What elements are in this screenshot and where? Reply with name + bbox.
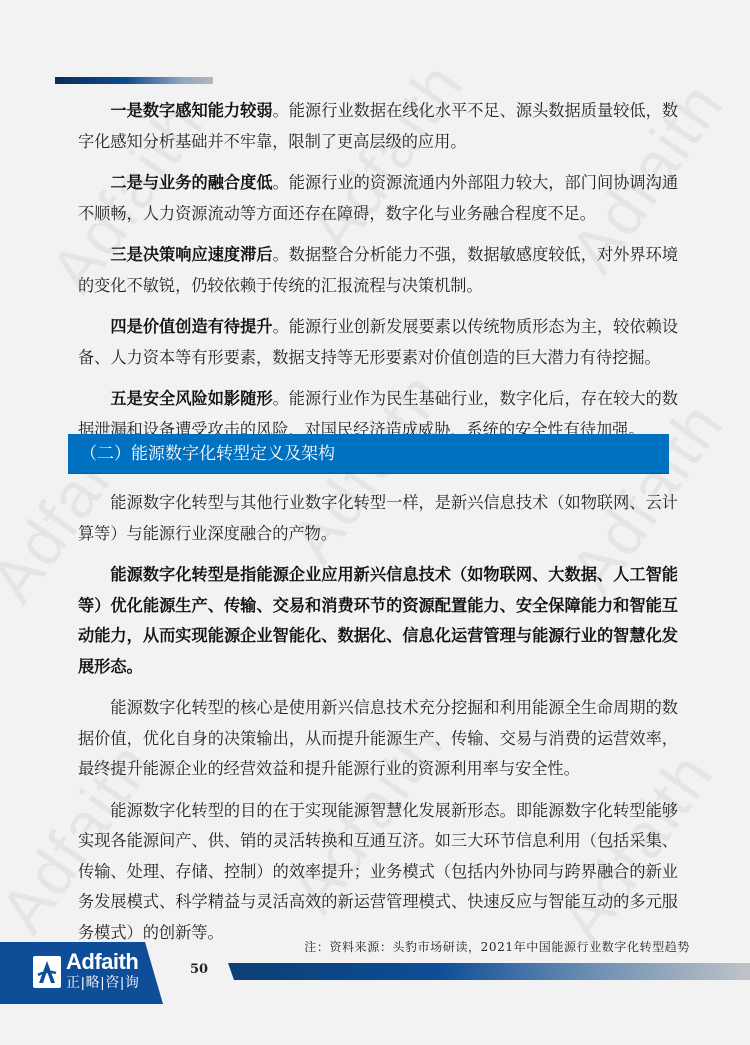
paragraph-weakness-3: 三是决策响应速度滞后。数据整合分析能力不强，数据敏感度较低，对外界环境的变化不敏… bbox=[78, 240, 678, 301]
footer-accent-bar bbox=[228, 963, 750, 980]
adfaith-logo-icon bbox=[33, 956, 61, 988]
paragraph-lead: 三是决策响应速度滞后 bbox=[110, 245, 272, 264]
paragraph-lead: 一是数字感知能力较弱 bbox=[110, 101, 272, 120]
paragraph-definition-intro: 能源数字化转型与其他行业数字化转型一样，是新兴信息技术（如物联网、云计算等）与能… bbox=[78, 488, 678, 549]
paragraph-lead: 四是价值创造有待提升 bbox=[110, 317, 272, 336]
paragraph-weakness-1: 一是数字感知能力较弱。能源行业数据在线化水平不足、源头数据质量较低，数字化感知分… bbox=[78, 96, 678, 157]
body-top: 一是数字感知能力较弱。能源行业数据在线化水平不足、源头数据质量较低，数字化感知分… bbox=[78, 96, 678, 456]
paragraph-core: 能源数字化转型的核心是使用新兴信息技术充分挖掘和利用能源全生命周期的数据价值，优… bbox=[78, 693, 678, 785]
paragraph-definition: 能源数字化转型是指能源企业应用新兴信息技术（如物联网、大数据、人工智能等）优化能… bbox=[78, 560, 678, 682]
source-note: 注：资料来源：头豹市场研读，2021年中国能源行业数字化转型趋势 bbox=[300, 938, 690, 955]
page-number: 50 bbox=[190, 962, 208, 977]
section-title: （二）能源数字化转型定义及架构 bbox=[80, 444, 335, 464]
logo-english: Adfaith bbox=[66, 951, 140, 973]
body-bottom: 能源数字化转型与其他行业数字化转型一样，是新兴信息技术（如物联网、云计算等）与能… bbox=[78, 488, 678, 959]
paragraph-purpose: 能源数字化转型的目的在于实现能源智慧化发展新形态。即能源数字化转型能够实现各能源… bbox=[78, 796, 678, 949]
section-heading: （二）能源数字化转型定义及架构 bbox=[68, 434, 669, 474]
paragraph-weakness-2: 二是与业务的融合度低。能源行业的资源流通内外部阻力较大，部门间协调沟通不顺畅，人… bbox=[78, 168, 678, 229]
logo-chinese: 正|略|咨|询 bbox=[66, 973, 140, 991]
header-accent-bar bbox=[55, 77, 213, 84]
company-logo: Adfaith 正|略|咨|询 bbox=[66, 951, 140, 991]
paragraph-weakness-4: 四是价值创造有待提升。能源行业创新发展要素以传统物质形态为主，较依赖设备、人力资… bbox=[78, 312, 678, 373]
paragraph-lead: 五是安全风险如影随形 bbox=[110, 389, 272, 408]
paragraph-lead: 二是与业务的融合度低 bbox=[110, 173, 272, 192]
